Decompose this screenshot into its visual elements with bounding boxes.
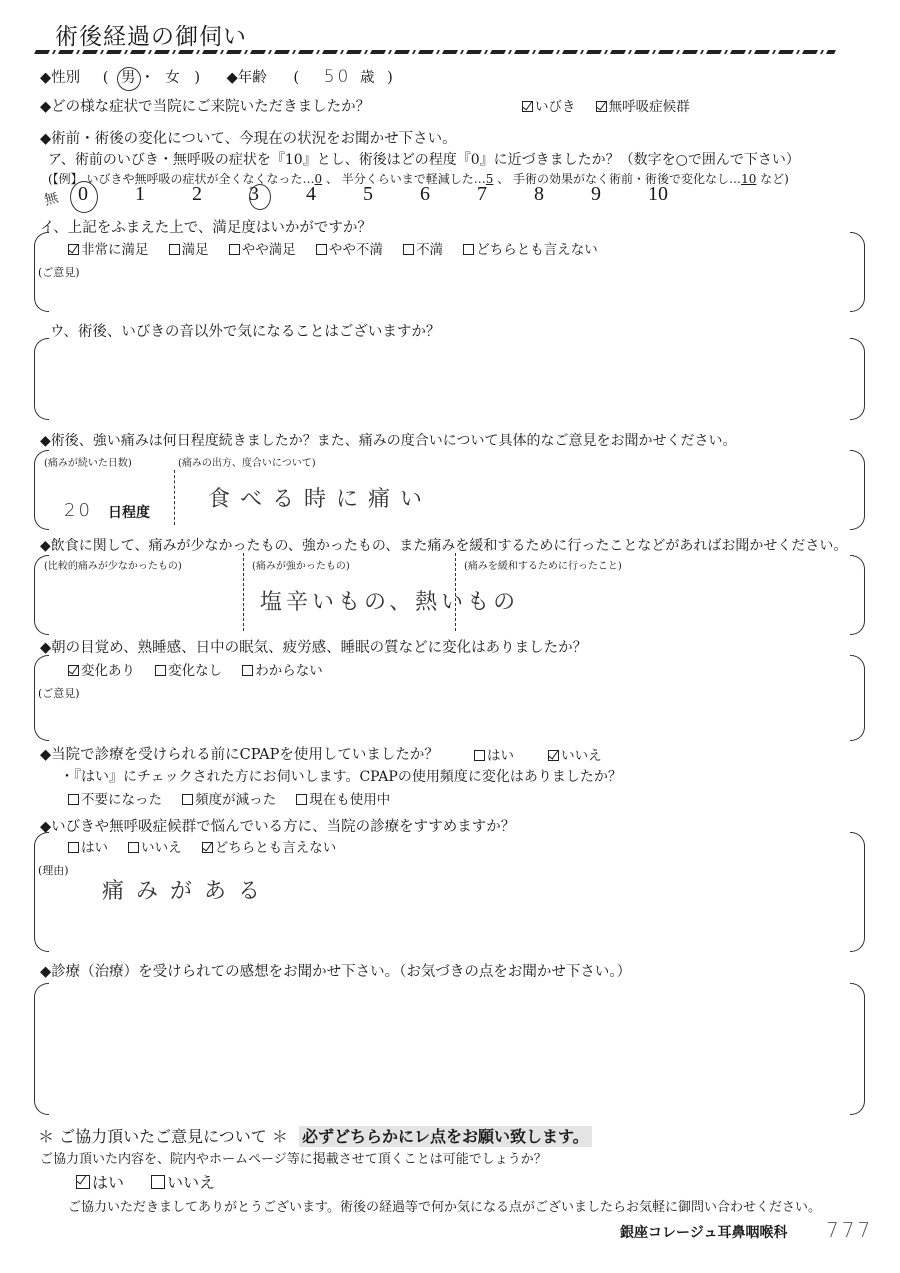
pain-degree-value[interactable]: 食べる時に痛い [208, 482, 432, 513]
scale-2[interactable]: 2 [192, 183, 249, 206]
checkbox-icon[interactable] [155, 665, 166, 676]
checkbox-icon[interactable] [68, 842, 79, 853]
impression-question: ◆診療（治療）を受けられての感想をお聞かせ下さい。（お気づきの点をお聞かせ下さい… [40, 960, 631, 981]
bracket-right [850, 450, 865, 530]
checkbox-icon[interactable] [474, 750, 485, 761]
consent-heading-row: ＊ ご協力頂いたご意見について ＊ 必ずどちらかにレ点をお願い致します。 [38, 1124, 592, 1147]
consent-question: ご協力頂いた内容を、院内やホームページ等に掲載させて頂くことは可能でしょうか？ [40, 1148, 547, 1167]
option-changed[interactable]: 変化あり [68, 663, 135, 679]
form-title: 術後経過の御伺い [55, 18, 247, 51]
bracket-right [850, 983, 865, 1115]
satisfaction-question: イ、上記をふまえた上で、満足度はいかがですか？ [40, 216, 372, 237]
scale-10[interactable]: 10 [648, 183, 705, 206]
circle-mark-3 [249, 184, 271, 210]
checkbox-icon[interactable] [151, 1175, 165, 1189]
option-recommend-neutral[interactable]: どちらとも言えない [202, 840, 337, 856]
column-divider [243, 553, 244, 631]
age-unit: 歳 [360, 70, 375, 86]
gender-open: ( [103, 70, 109, 86]
diet-question: ◆飲食に関して、痛みが少なかったもの、強かったもの、また痛みを緩和するために行っ… [40, 535, 847, 555]
change-a-question: ア、術前のいびき・無呼吸の症状を『10』とし、術後はどの程度『0』に近づきました… [48, 149, 800, 169]
selection-circle [117, 67, 141, 91]
sleep-opinion-label: (ご意見) [38, 685, 80, 701]
checkbox-icon[interactable] [68, 794, 79, 805]
recommend-question: ◆いびきや無呼吸症候群で悩んでいる方に、当院の診療をすすめますか？ [40, 815, 515, 836]
scale-4[interactable]: 4 [306, 183, 363, 206]
cpap-followup-question: ・『はい』にチェックされた方にお伺いします。CPAPの使用頻度に変化はありました… [60, 766, 622, 786]
checkbox-icon[interactable] [169, 244, 180, 255]
checkbox-checked-icon[interactable] [522, 101, 533, 112]
visit-reason-question: ◆どの様な症状で当院にご来院いただきましたか？ [40, 95, 370, 116]
checkbox-icon[interactable] [242, 665, 253, 676]
option-unknown[interactable]: わからない [242, 663, 323, 679]
option-apnea[interactable]: 無呼吸症候群 [596, 99, 690, 115]
age-label: ◆年齢 [227, 70, 267, 86]
checkbox-checked-icon[interactable] [76, 1175, 90, 1189]
other-concerns-question: ウ、術後、いびきの音以外で気になることはございますか？ [50, 320, 440, 341]
option-somewhat-satisfied[interactable]: やや満足 [229, 242, 296, 258]
gender-option-female[interactable]: 女 [165, 70, 180, 86]
option-very-satisfied[interactable]: 非常に満足 [68, 242, 149, 258]
option-no-change[interactable]: 変化なし [155, 663, 222, 679]
recommend-reason-value[interactable]: 痛みがある [102, 874, 272, 905]
age-value[interactable]: 50 [324, 67, 352, 87]
scale-6[interactable]: 6 [420, 183, 477, 206]
cpap-question: ◆当院で診療を受けられる前にCPAPを使用していましたか？ [40, 743, 439, 764]
consent-options: はい いいえ [76, 1170, 231, 1193]
pain-question: ◆術後、強い痛みは何日程度続きましたか？また、痛みの度合いについて具体的なご意見… [40, 430, 736, 450]
bracket-right [850, 338, 865, 420]
diet-relief-label: (痛みを緩和するために行ったこと) [464, 557, 622, 572]
checkbox-checked-icon[interactable] [202, 842, 213, 853]
handwritten-note: 無 [42, 186, 64, 210]
gender-close: ) [194, 70, 200, 86]
consent-heading: ＊ ご協力頂いたご意見について ＊ [38, 1127, 288, 1146]
pain-days-unit: 日程度 [108, 502, 150, 522]
visit-reason-options: いびき 無呼吸症候群 [522, 95, 706, 115]
bracket-right [850, 832, 865, 952]
column-divider [174, 470, 175, 525]
checkbox-icon[interactable] [128, 842, 139, 853]
pain-days-value[interactable]: 20 [64, 500, 93, 521]
option-dissatisfied[interactable]: 不満 [403, 242, 443, 258]
checkbox-icon[interactable] [463, 244, 474, 255]
bracket-right [850, 555, 865, 635]
bracket-left [34, 338, 49, 420]
diet-relief-value[interactable] [470, 572, 840, 627]
change-question: ◆術前・術後の変化について、今現在の状況をお聞かせ下さい。 [40, 127, 457, 148]
pain-degree-label: (痛みの出方、度合いについて) [178, 454, 316, 469]
checkbox-icon[interactable] [182, 794, 193, 805]
checkbox-icon[interactable] [296, 794, 307, 805]
checkbox-icon[interactable] [403, 244, 414, 255]
bracket-left [34, 832, 49, 952]
bracket-right [850, 655, 865, 741]
scale-9[interactable]: 9 [591, 183, 648, 206]
cpap-followup-options: 不要になった 頻度が減った 現在も使用中 [68, 788, 406, 808]
pain-days-label: (痛みが続いた日数) [44, 454, 132, 469]
sleep-question: ◆朝の目覚め、熟睡感、日中の眠気、疲労感、睡眠の質などに変化はありましたか？ [40, 636, 587, 657]
other-concerns-answer[interactable] [60, 345, 840, 413]
option-consent-yes[interactable]: はい [76, 1173, 124, 1192]
gender-separator: ・ [140, 70, 155, 86]
symptom-scale: 012345678910 [78, 183, 705, 206]
checkbox-checked-icon[interactable] [548, 750, 559, 761]
option-recommend-no[interactable]: いいえ [128, 840, 182, 856]
scale-8[interactable]: 8 [534, 183, 591, 206]
option-snoring[interactable]: いびき [522, 99, 576, 115]
scale-5[interactable]: 5 [363, 183, 420, 206]
option-less-frequent[interactable]: 頻度が減った [182, 792, 276, 808]
option-no-longer-needed[interactable]: 不要になった [68, 792, 162, 808]
form-number: 777 [826, 1218, 873, 1242]
impression-answer[interactable] [60, 990, 840, 1108]
option-cpap-yes[interactable]: はい [474, 748, 514, 764]
option-cpap-no[interactable]: いいえ [548, 748, 602, 764]
gender-age-row: ◆性別 ( 男 ・ 女 ) ◆年齢 ( 50 歳 ) [40, 66, 393, 87]
title-divider [34, 50, 836, 54]
cpap-options: はい いいえ [474, 744, 618, 764]
checkbox-icon[interactable] [316, 244, 327, 255]
option-satisfied[interactable]: 満足 [169, 242, 209, 258]
bracket-left [34, 983, 49, 1115]
age-close: ) [387, 70, 393, 86]
option-still-using[interactable]: 現在も使用中 [296, 792, 390, 808]
satisfaction-opinion-label: (ご意見) [38, 264, 80, 280]
checkbox-checked-icon[interactable] [596, 101, 607, 112]
option-recommend-yes[interactable]: はい [68, 840, 108, 856]
thanks-text: ご協力いただきましてありがとうございます。術後の経過等で何か気になる点がございま… [68, 1196, 821, 1215]
checkbox-checked-icon[interactable] [68, 244, 79, 255]
bracket-right [850, 232, 865, 312]
scale-7[interactable]: 7 [477, 183, 534, 206]
diet-less-value[interactable] [50, 572, 238, 627]
age-open: ( [293, 70, 299, 86]
checkbox-icon[interactable] [229, 244, 240, 255]
option-consent-no[interactable]: いいえ [151, 1173, 215, 1192]
sleep-options: 変化あり 変化なし わからない [68, 659, 339, 679]
consent-emphasis: 必ずどちらかにレ点をお願い致します。 [299, 1126, 592, 1147]
diet-less-label: (比較的痛みが少なかったもの) [44, 557, 182, 572]
recommend-reason-label: (理由) [38, 862, 69, 878]
gender-label: ◆性別 [40, 70, 80, 86]
diet-strong-label: (痛みが強かったもの) [252, 557, 350, 572]
clinic-name: 銀座コレージュ耳鼻咽喉科 [620, 1222, 787, 1242]
option-neutral[interactable]: どちらとも言えない [463, 242, 598, 258]
option-somewhat-dissatisfied[interactable]: やや不満 [316, 242, 383, 258]
satisfaction-options: 非常に満足 満足 やや満足 やや不満 不満 どちらとも言えない [68, 238, 614, 258]
recommend-options: はい いいえ どちらとも言えない [68, 836, 352, 856]
circle-mark-0 [70, 181, 98, 213]
scale-1[interactable]: 1 [135, 183, 192, 206]
gender-option-male[interactable]: 男 [121, 70, 136, 86]
checkbox-checked-icon[interactable] [68, 665, 79, 676]
